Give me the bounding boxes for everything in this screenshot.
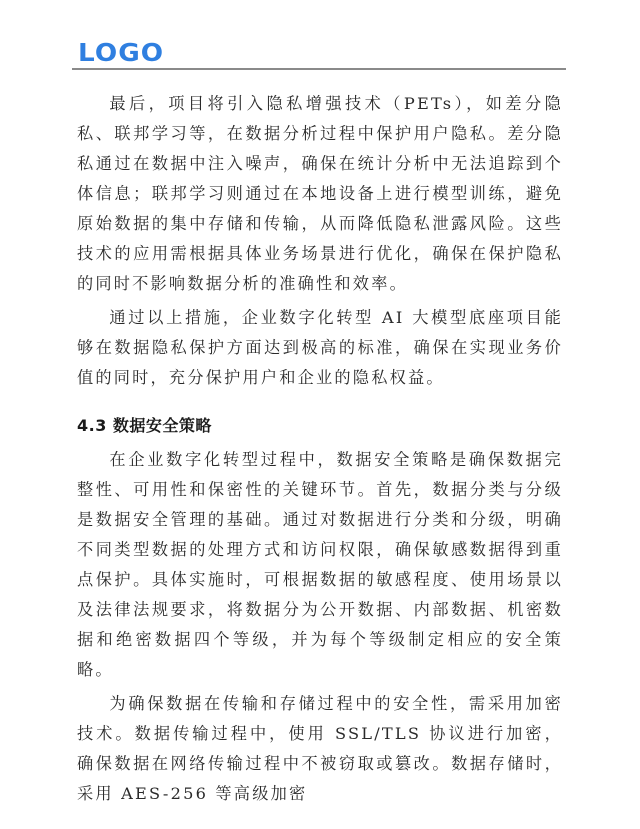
paragraph-encryption: 为确保数据在传输和存储过程中的安全性，需采用加密技术。数据传输过程中，使用 SS…	[77, 689, 563, 809]
logo: LOGO	[78, 40, 164, 66]
paragraph-pets: 最后，项目将引入隐私增强技术（PETs），如差分隐私、联邦学习等，在数据分析过程…	[77, 89, 563, 299]
paragraph-data-classification: 在企业数字化转型过程中，数据安全策略是确保数据完整性、可用性和保密性的关键环节。…	[77, 445, 563, 685]
document-body: 最后，项目将引入隐私增强技术（PETs），如差分隐私、联邦学习等，在数据分析过程…	[77, 89, 563, 809]
header-divider	[72, 68, 566, 70]
section-heading: 4.3 数据安全策略	[77, 413, 563, 439]
paragraph-summary: 通过以上措施，企业数字化转型 AI 大模型底座项目能够在数据隐私保护方面达到极高…	[77, 303, 563, 393]
